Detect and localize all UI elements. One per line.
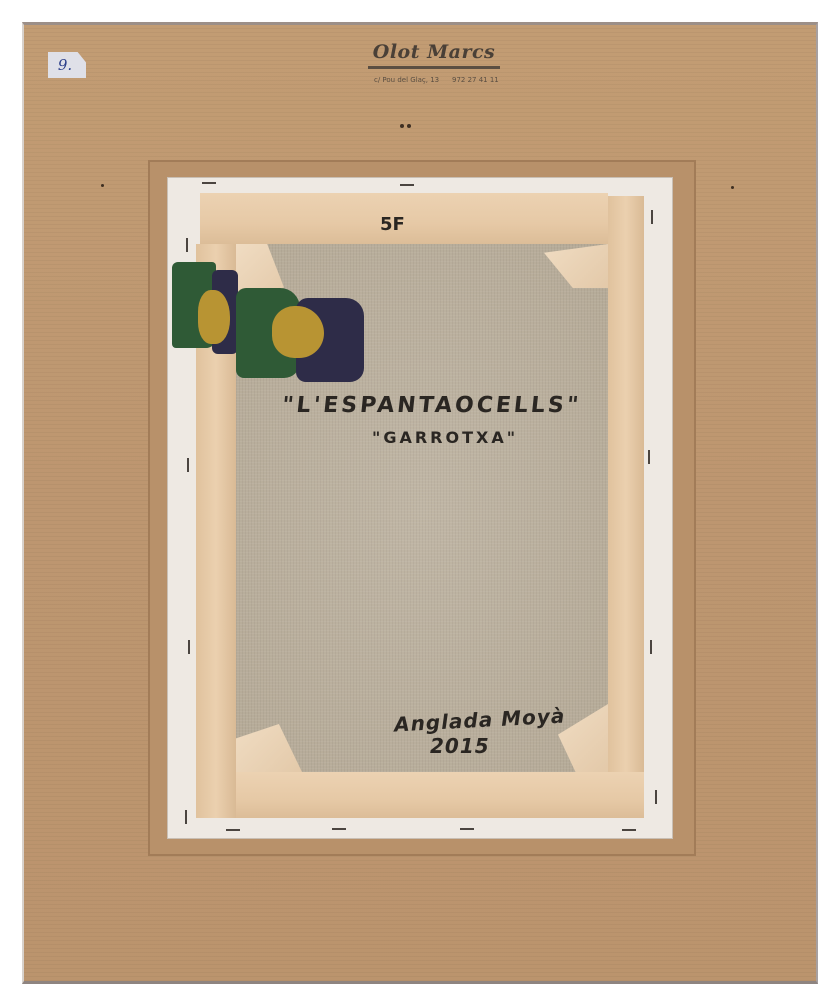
staple bbox=[648, 450, 650, 464]
staple bbox=[188, 640, 190, 654]
nail-hole bbox=[101, 184, 104, 187]
staple bbox=[226, 829, 240, 831]
staple bbox=[202, 182, 216, 184]
canvas-size-mark: 5F bbox=[380, 214, 405, 235]
painting-title-inscription: "L'ESPANTAOCELLS" bbox=[281, 393, 583, 418]
staple bbox=[400, 184, 414, 186]
signature-date: 2015 bbox=[430, 734, 490, 758]
staple bbox=[186, 238, 188, 252]
framer-stamp-logo: Olot Marcs bbox=[368, 38, 500, 69]
nail-hole bbox=[731, 186, 734, 189]
painting-subtitle-inscription: "GARROTXA" bbox=[372, 428, 518, 447]
paint-smear-ochre bbox=[272, 306, 324, 358]
framer-stamp-phone: 972 27 41 11 bbox=[452, 76, 499, 84]
staple bbox=[650, 640, 652, 654]
stretcher-bar-right bbox=[608, 196, 644, 772]
framer-stamp-address: c/ Pou del Glaç, 13 bbox=[374, 76, 439, 84]
inventory-sticker: 9. bbox=[48, 52, 86, 78]
staple bbox=[187, 458, 189, 472]
sticker-number: 9. bbox=[58, 56, 72, 74]
paint-smear-ochre bbox=[198, 290, 230, 344]
stretcher-bar-bottom bbox=[236, 772, 644, 818]
staple bbox=[332, 828, 346, 830]
staple bbox=[622, 829, 636, 831]
staple bbox=[651, 210, 653, 224]
staple bbox=[655, 790, 657, 804]
staple bbox=[185, 810, 187, 824]
nail-hole bbox=[407, 124, 411, 128]
staple bbox=[460, 828, 474, 830]
nail-hole bbox=[400, 124, 404, 128]
